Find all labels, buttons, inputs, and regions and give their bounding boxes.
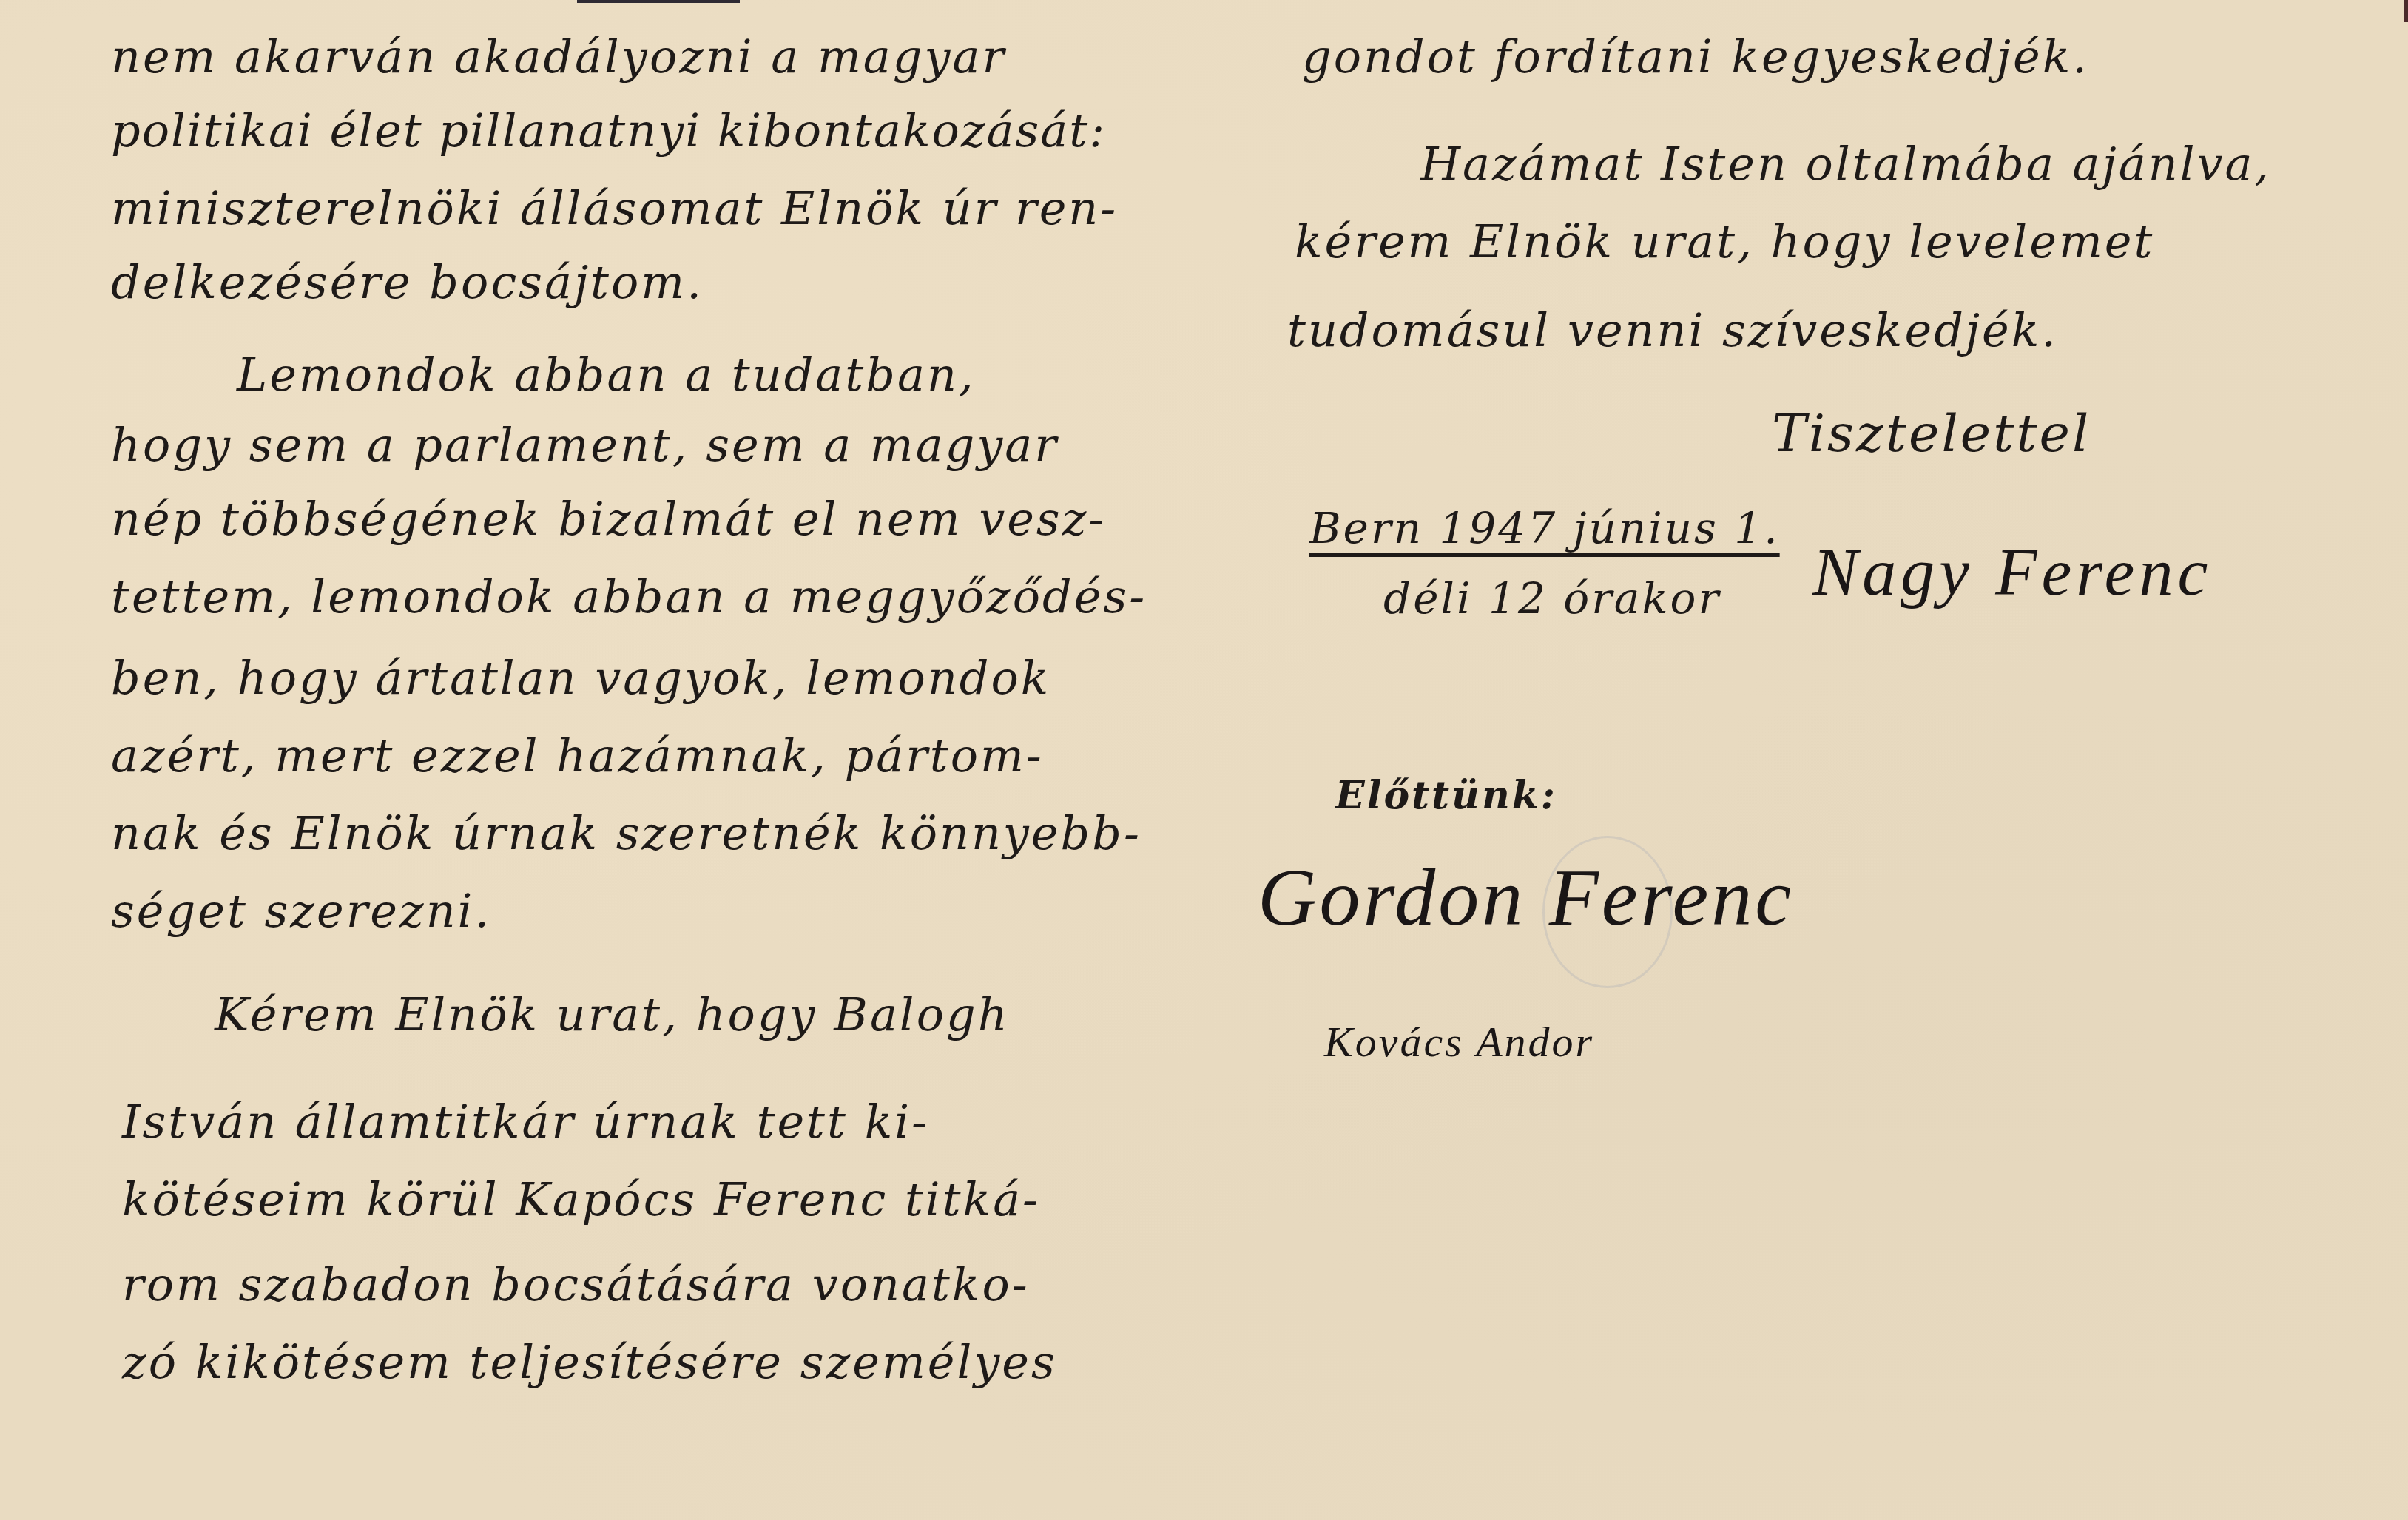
text-line: nép többségének bizalmát el nem vesz- [111, 492, 1106, 546]
time-of-writing: déli 12 órakor [1383, 573, 1721, 624]
text-line: politikai élet pillanatnyi kibontakozásá… [111, 104, 1106, 158]
witness-signature-kovacs: Kovács Andor [1324, 1017, 1594, 1067]
witness-signature-gordon: Gordon Ferenc [1258, 851, 1794, 945]
text-line: gondot fordítani kegyeskedjék. [1302, 30, 2089, 84]
witness-label: Előttünk: [1335, 773, 1557, 818]
text-line: séget szerezni. [111, 884, 491, 938]
text-line: nak és Elnök úrnak szeretnék könnyebb- [111, 806, 1141, 860]
text-line: rom szabadon bocsátására vonatko- [122, 1257, 1030, 1311]
text-line: István államtitkár úrnak tett ki- [122, 1095, 929, 1149]
text-line: miniszterelnöki állásomat Elnök úr ren- [111, 181, 1118, 235]
top-edge-strip [577, 0, 740, 3]
place-date: Bern 1947 június 1. [1309, 503, 1780, 553]
right-edge-strip [2404, 0, 2408, 22]
text-line: nem akarván akadályozni a magyar [111, 30, 1006, 84]
text-line: kérem Elnök urat, hogy levelemet [1295, 215, 2154, 268]
text-line: delkezésére bocsájtom. [111, 255, 704, 309]
text-line: zó kikötésem teljesítésére személyes [122, 1335, 1057, 1389]
text-line: hogy sem a parlament, sem a magyar [111, 418, 1059, 472]
text-line: tudomásul venni szíveskedjék. [1287, 303, 2058, 357]
text-line: ben, hogy ártatlan vagyok, lemondok [111, 651, 1050, 705]
text-line: tettem, lemondok abban a meggyőződés- [111, 570, 1147, 624]
closing-salutation: Tisztelettel [1772, 403, 2091, 464]
paragraph-start-line: Lemondok abban a tudatban, [111, 348, 976, 402]
text-line: azért, mert ezzel hazámnak, pártom- [111, 729, 1044, 783]
signature-nagy-ferenc: Nagy Ferenc [1812, 533, 2212, 611]
paragraph-start-line: Kérem Elnök urat, hogy Balogh [111, 987, 1010, 1041]
paragraph-start-line: Hazámat Isten oltalmába ajánlva, [1420, 137, 2271, 191]
text-line: kötéseim körül Kapócs Ferenc titká- [122, 1172, 1040, 1226]
